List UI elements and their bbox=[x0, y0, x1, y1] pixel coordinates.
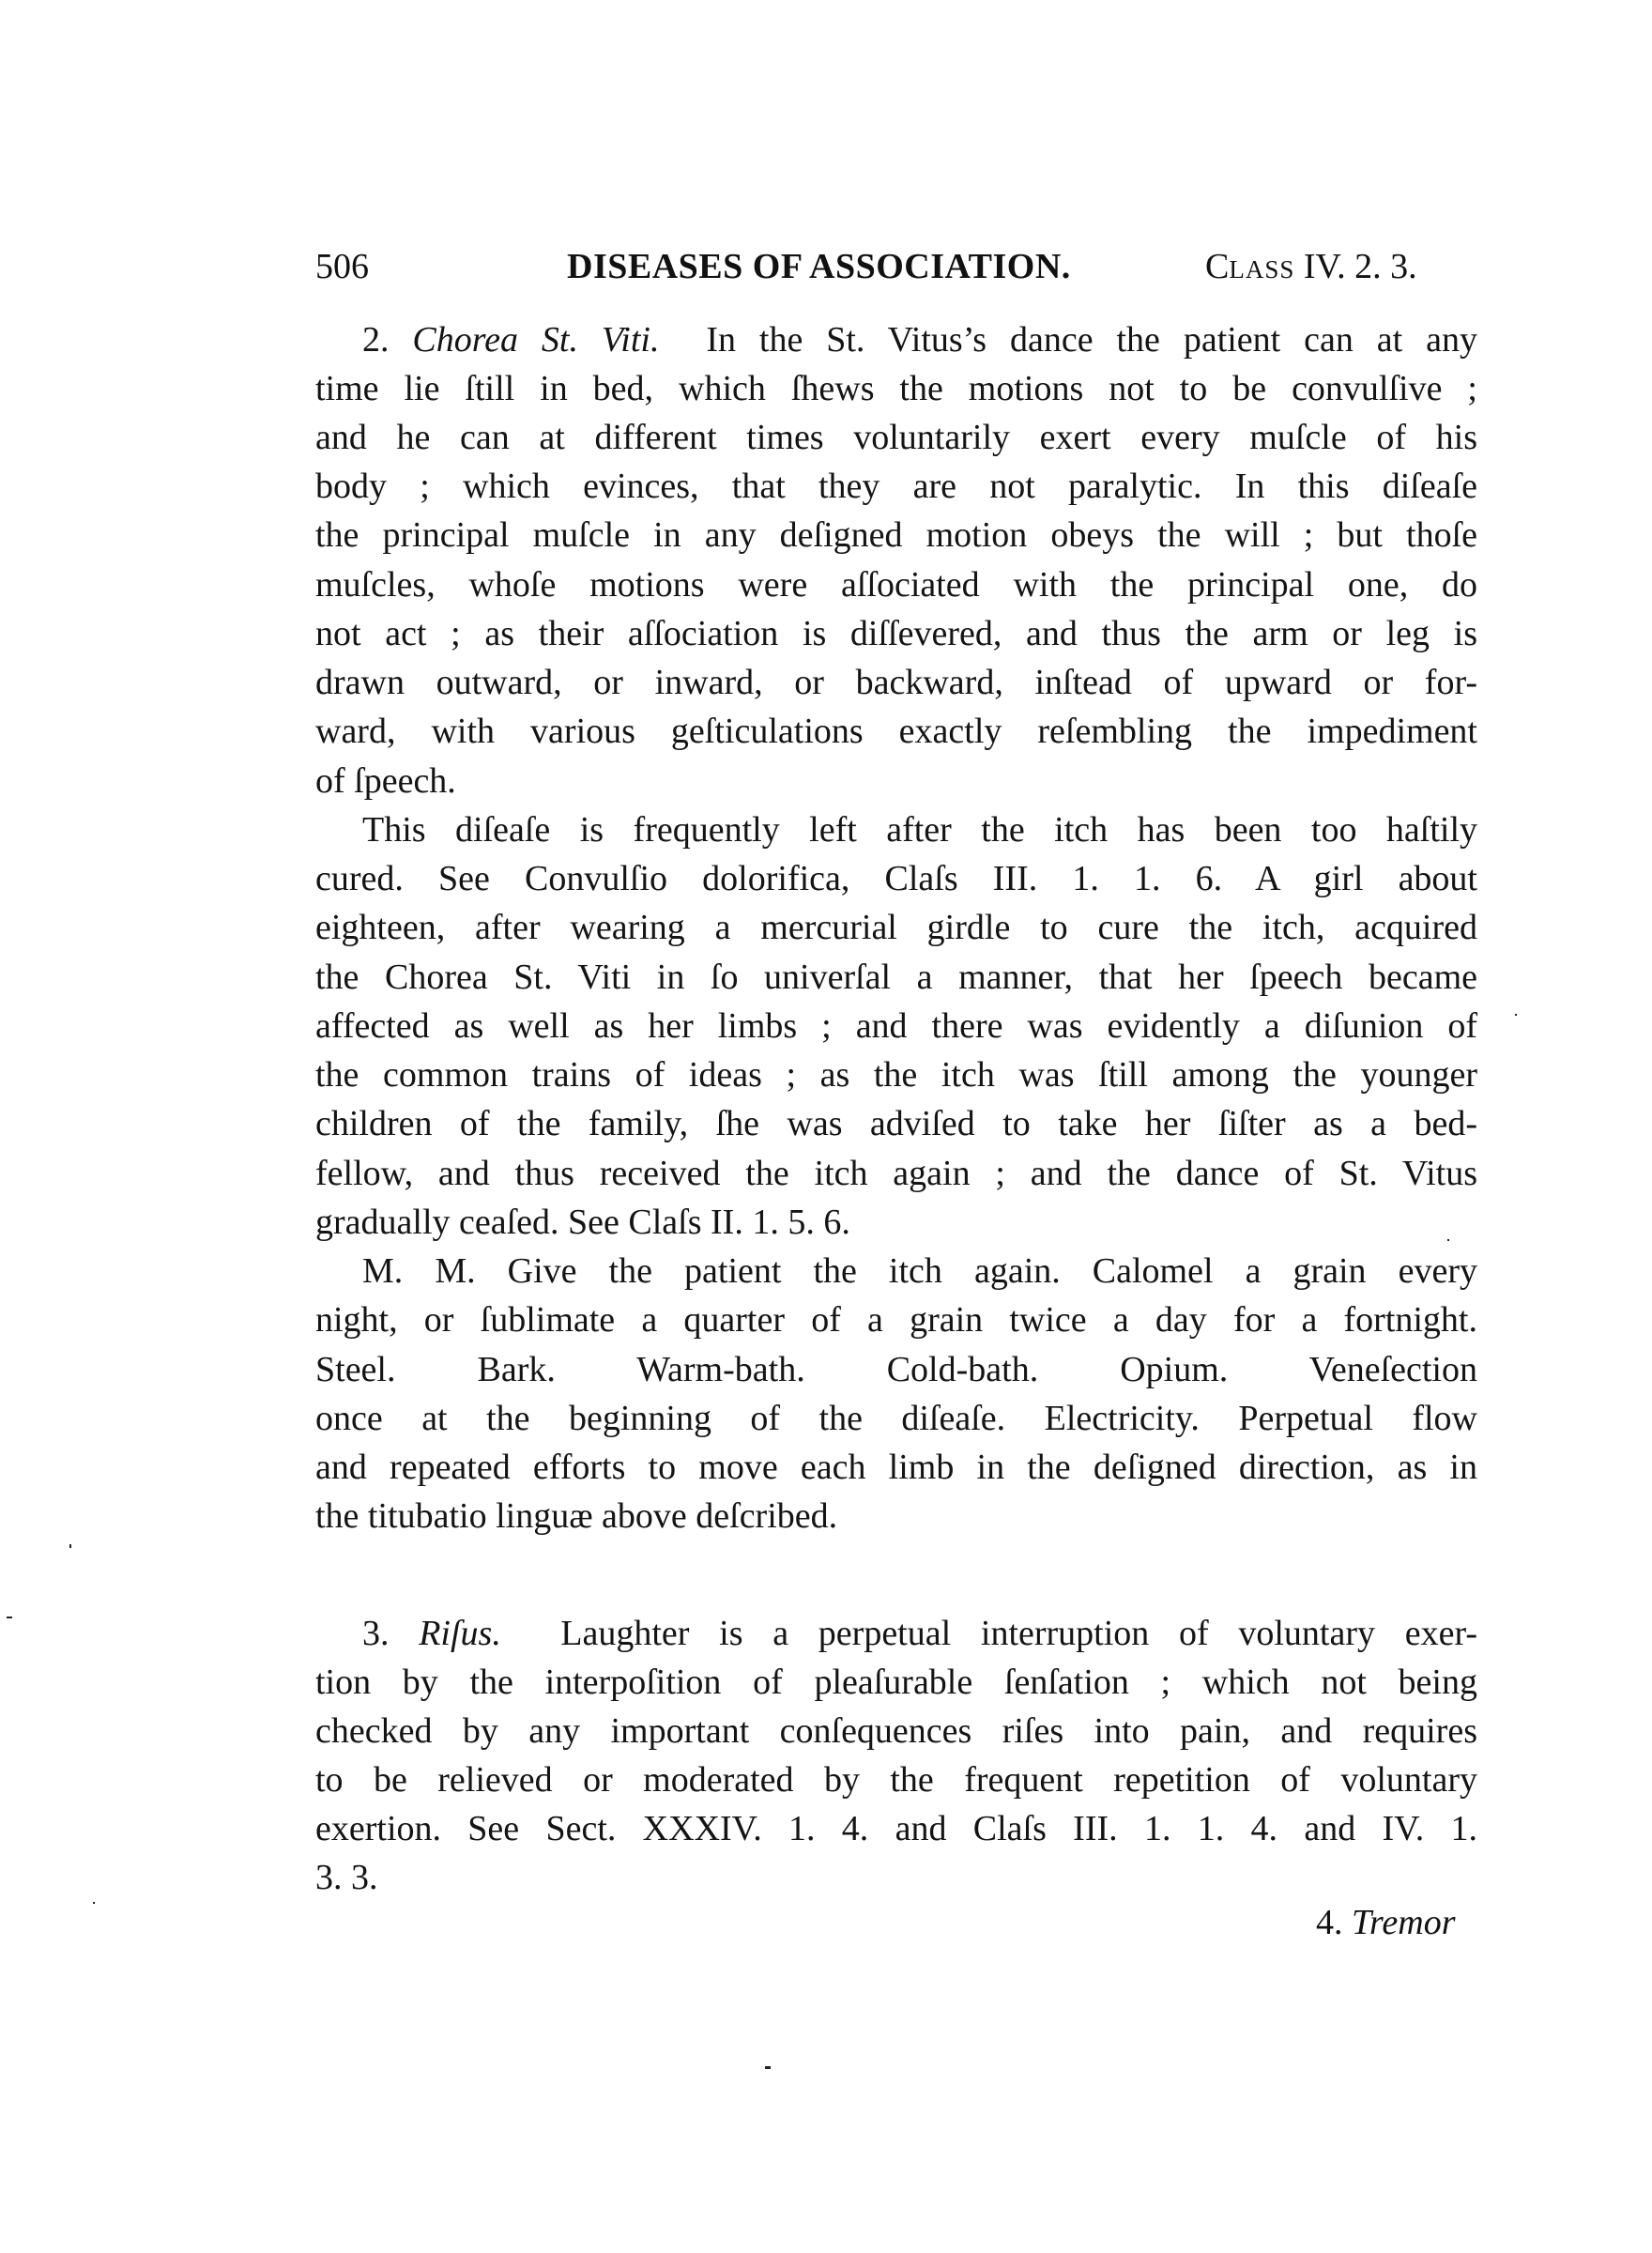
text-line: once at the beginning of the diſeaſe. El… bbox=[315, 1394, 1477, 1443]
text-line: M. M. Give the patient the itch again. C… bbox=[362, 1247, 1477, 1295]
text-line: exertion. See Sect. XXXIV. 1. 4. and Cla… bbox=[315, 1804, 1477, 1853]
running-title: DISEASES OF ASSOCIATION. bbox=[567, 246, 1071, 287]
class-label-cap: C bbox=[1205, 247, 1229, 286]
text-line: gradually ceaſed. See Claſs II. 1. 5. 6. bbox=[315, 1198, 1477, 1247]
text-line: cured. See Convulſio dolorifica, Claſs I… bbox=[315, 854, 1477, 903]
scan-speck bbox=[7, 1617, 12, 1618]
section-title: Chorea St. Viti. bbox=[412, 320, 659, 360]
text-line: Laughter is a perpetual interruption of … bbox=[560, 1614, 1477, 1653]
text-line: and he can at different times voluntaril… bbox=[315, 413, 1477, 462]
text-line: to be relieved or moderated by the frequ… bbox=[315, 1755, 1477, 1804]
section-title: Riſus. bbox=[419, 1614, 501, 1653]
text-line: Steel. Bark. Warm-bath. Cold-bath. Opium… bbox=[315, 1345, 1477, 1394]
text-line: body ; which evinces, that they are not … bbox=[315, 462, 1477, 511]
text-line: and repeated efforts to move each limb i… bbox=[315, 1443, 1477, 1492]
text-line: muſcles, whoſe motions were aſſociated w… bbox=[315, 560, 1477, 609]
class-reference: CLASS IV. 2. 3. bbox=[1205, 246, 1417, 287]
text-line: checked by any important conſequences ri… bbox=[315, 1707, 1477, 1755]
scan-speck bbox=[93, 1902, 95, 1904]
scan-speck bbox=[1447, 1239, 1449, 1241]
book-page: 506 DISEASES OF ASSOCIATION. CLASS IV. 2… bbox=[0, 0, 1652, 2253]
text-line: This diſeaſe is frequently left after th… bbox=[362, 805, 1477, 854]
scan-speck bbox=[1515, 1014, 1517, 1016]
text-line: In the St. Vitus’s dance the patient can… bbox=[706, 320, 1477, 360]
text-line: 3. 3. bbox=[315, 1853, 1477, 1902]
catchword-number: 4. bbox=[1316, 1903, 1343, 1942]
text-line: fellow, and thus received the itch again… bbox=[315, 1149, 1477, 1198]
text-line: the Chorea St. Viti in ſo univerſal a ma… bbox=[315, 953, 1477, 1002]
text-line: not act ; as their aſſociation is diſſev… bbox=[315, 609, 1477, 658]
text-line: drawn outward, or inward, or backward, i… bbox=[315, 658, 1477, 707]
text-line: time lie ſtill in bed, which ſhews the m… bbox=[315, 364, 1477, 413]
section-number: 3. bbox=[362, 1614, 390, 1653]
scan-speck bbox=[69, 1544, 71, 1548]
class-label-smallcaps: LASS bbox=[1229, 255, 1294, 284]
text-line: night, or ſublimate a quarter of a grain… bbox=[315, 1295, 1477, 1344]
text-line: eighteen, after wearing a mercurial gird… bbox=[315, 903, 1477, 952]
scan-speck bbox=[765, 2066, 771, 2069]
page-number: 506 bbox=[315, 246, 369, 287]
text-line: the common trains of ideas ; as the itch… bbox=[315, 1050, 1477, 1099]
section-heading-line: 3. Riſus. Laughter is a perpetual interr… bbox=[362, 1609, 1477, 1658]
text-line: tion by the interpoſition of pleaſurable… bbox=[315, 1658, 1477, 1707]
text-line: ward, with various geſticulations exactl… bbox=[315, 707, 1477, 756]
text-line: the principal muſcle in any deſigned mot… bbox=[315, 511, 1477, 559]
section-number: 2. bbox=[362, 320, 390, 360]
section-heading-line: 2. Chorea St. Viti. In the St. Vitus’s d… bbox=[362, 315, 1477, 364]
text-line: the titubatio linguæ above deſcribed. bbox=[315, 1492, 1477, 1540]
text-line: affected as well as her limbs ; and ther… bbox=[315, 1002, 1477, 1050]
text-line: children of the family, ſhe was adviſed … bbox=[315, 1099, 1477, 1148]
text-line: of ſpeech. bbox=[315, 757, 1477, 805]
catchword-word: Tremor bbox=[1352, 1903, 1456, 1942]
catchword: 4. Tremor bbox=[1316, 1898, 1456, 1947]
class-ref-number: IV. 2. 3. bbox=[1294, 247, 1416, 286]
